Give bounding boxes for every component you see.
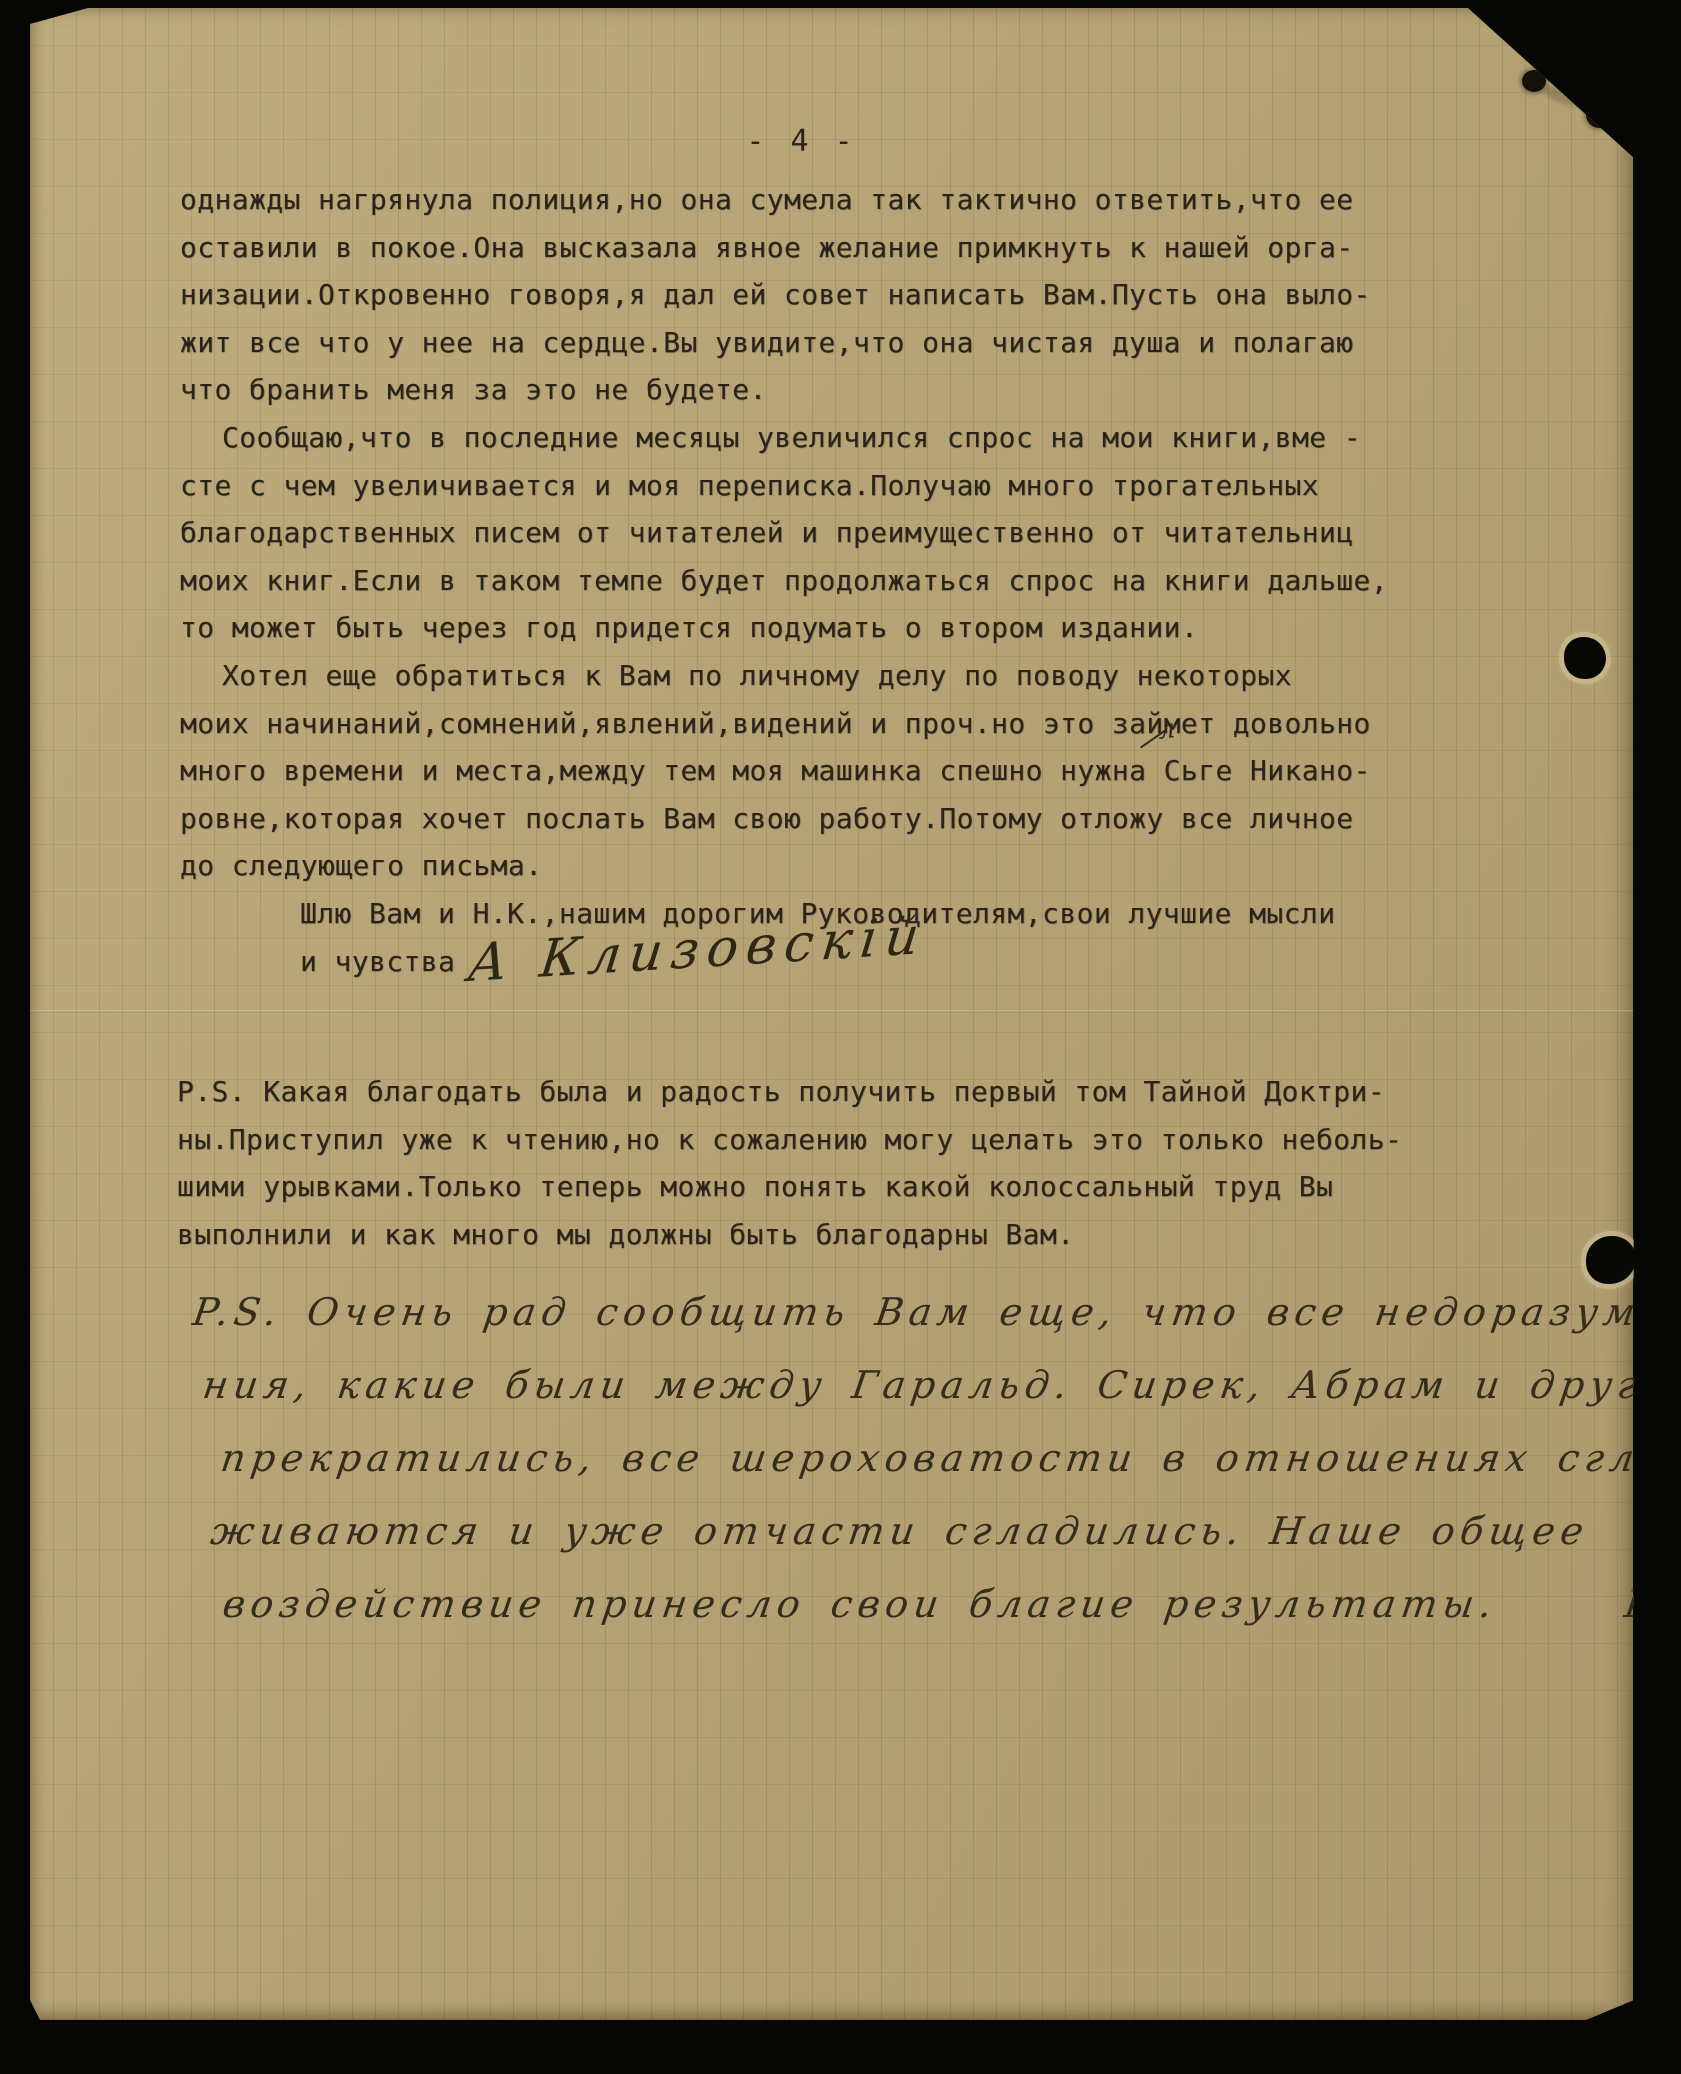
- typed-line: благодарственных писем от читателей и пр…: [180, 509, 1600, 557]
- ink-dot: [1586, 102, 1613, 128]
- typed-line: сте с чем увеличивается и моя переписка.…: [180, 462, 1600, 510]
- typed-body-text: однажды нагрянула полиция,но она сумела …: [180, 176, 1600, 985]
- typed-line: однажды нагрянула полиция,но она сумела …: [180, 176, 1600, 224]
- typed-line: много времени и места,между тем моя маши…: [180, 747, 1600, 795]
- typed-line: моих начинаний,сомнений,явлений,видений …: [180, 700, 1600, 748]
- handwritten-line: прекратились, все шероховатости в отноше…: [188, 1422, 1638, 1495]
- typed-line: Сообщаю,что в последние месяцы увеличилс…: [180, 414, 1600, 462]
- handwritten-correction-letter: л: [1156, 713, 1176, 746]
- postscript-handwritten: P.S. Очень рад сообщить Вам еще, что все…: [188, 1276, 1628, 1641]
- typed-line: до следующего письма.: [180, 842, 1600, 890]
- typed-line: низации.Откровенно говоря,я дал ей совет…: [180, 271, 1600, 319]
- typed-line: жит все что у нее на сердце.Вы увидите,ч…: [180, 319, 1600, 367]
- typed-line: то может быть через год придется подумат…: [180, 604, 1600, 652]
- typed-line: моих книг.Если в таком темпе будет продо…: [180, 557, 1600, 605]
- handwritten-line: живаются и уже отчасти сгладились. Наше …: [188, 1495, 1638, 1568]
- typed-line: оставили в покое.Она высказала явное жел…: [180, 224, 1600, 272]
- ps-typed-line: шими урывками.Только теперь можно понять…: [177, 1163, 1607, 1211]
- ps-typed-line: P.S. Какая благодать была и радость полу…: [177, 1068, 1607, 1116]
- postscript-typed: P.S. Какая благодать была и радость полу…: [177, 1068, 1607, 1258]
- typed-line: ровне,которая хочет послать Вам свою раб…: [180, 795, 1600, 843]
- handwritten-line: ния, какие были между Гаральд. Сирек, Аб…: [188, 1349, 1638, 1422]
- page-number: - 4 -: [30, 124, 1573, 159]
- typed-line: что бранить меня за это не будете.: [180, 366, 1600, 414]
- ink-dot: [1522, 70, 1546, 92]
- ps-typed-line: ны.Приступил уже к чтению,но к сожалению…: [177, 1116, 1607, 1164]
- scan-background: - 4 - однажды нагрянула полиция,но она с…: [0, 0, 1681, 2074]
- typed-line: Хотел еще обратиться к Вам по личному де…: [180, 652, 1600, 700]
- punch-hole: [1564, 637, 1606, 679]
- letter-page: - 4 - однажды нагрянула полиция,но она с…: [30, 8, 1633, 2020]
- handwritten-line: воздействие принесло свои благие результ…: [188, 1568, 1638, 1641]
- handwritten-line: P.S. Очень рад сообщить Вам еще, что все…: [188, 1276, 1638, 1349]
- ink-smudge: [1541, 81, 1590, 110]
- paper-crease: [30, 1010, 1633, 1013]
- ps-typed-line: выполнили и как много мы должны быть бла…: [177, 1211, 1607, 1259]
